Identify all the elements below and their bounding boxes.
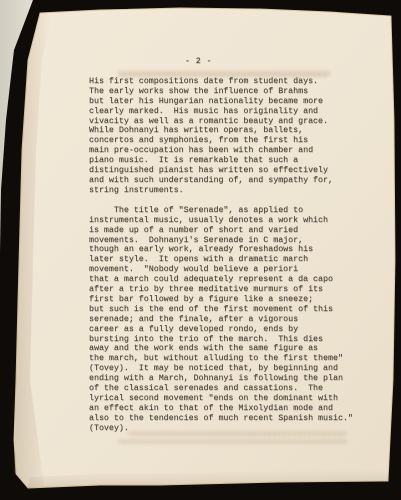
text-line: vivacity as well as a romantic beauty an… xyxy=(89,117,361,127)
text-line: The early works show the influence of Br… xyxy=(89,87,361,97)
text-line: but such is the end of the first movemen… xyxy=(89,305,361,315)
text-line: While Dohnanyi has written operas, balle… xyxy=(89,126,361,136)
text-line: later style. It opens with a dramatic ma… xyxy=(89,255,361,265)
text-line: movements. Dohnanyi's Serenade in C majo… xyxy=(89,236,361,246)
text-line: that a march could adequately represent … xyxy=(89,275,361,285)
text-line: also to the tendencies of much recent Sp… xyxy=(89,414,361,424)
text-line: the march, but without alluding to the f… xyxy=(89,354,361,364)
text-line: lyrical second movement "ends on the dom… xyxy=(89,394,361,404)
typed-text-block: - 2 - His first compositions date from s… xyxy=(89,57,361,434)
text-line: distinguished pianist has written so eff… xyxy=(89,166,361,176)
text-line: main pre-occupation has been with chambe… xyxy=(89,146,361,156)
text-line: string instruments. xyxy=(89,186,361,196)
text-line: His first compositions date from student… xyxy=(89,77,361,87)
page-number: - 2 - xyxy=(185,57,361,67)
text-line: instrumental music, usually denotes a wo… xyxy=(89,216,361,226)
photo-frame: - 2 - His first compositions date from s… xyxy=(0,0,401,500)
show-through-smudge xyxy=(118,439,348,444)
paragraph: His first compositions date from student… xyxy=(89,77,361,196)
text-line: (Tovey). xyxy=(89,424,361,434)
text-line: but later his Hungarian nationality beca… xyxy=(89,97,361,107)
text-line: away and the work ends with the same fig… xyxy=(89,344,361,354)
paragraph: The title of "Serenade", as applied toin… xyxy=(89,206,361,434)
text-line: first bar followed by a figure like a sn… xyxy=(89,295,361,305)
text-line: of the classical serenades and cassation… xyxy=(89,384,361,394)
text-line: serenade; and the finale, after a vigoro… xyxy=(89,315,361,325)
text-line: bursting into the trio of the march. Thi… xyxy=(89,335,361,345)
text-line: clearly marked. His music has originalit… xyxy=(89,107,361,117)
text-line: movement. "Nobody would believe a perior… xyxy=(89,265,361,275)
text-line: The title of "Serenade", as applied to xyxy=(89,206,361,216)
text-line: and with such understanding of, and symp… xyxy=(89,176,361,186)
text-line: concertos and symphonies, from the first… xyxy=(89,136,361,146)
text-line: ending with a March, Dohnanyi is followi… xyxy=(89,374,361,384)
text-line: (Tovey). It may be noticed that, by begi… xyxy=(89,364,361,374)
text-line: career as a fully developed rondo, ends … xyxy=(89,325,361,335)
text-line: piano music. It is remarkable that such … xyxy=(89,156,361,166)
text-line: an effect akin to that of the Mixolydian… xyxy=(89,404,361,414)
text-line: after a trio by three meditative murmurs… xyxy=(89,285,361,295)
text-line: though an early work, already foreshadow… xyxy=(89,245,361,255)
text-line: is made up of a number of short and vari… xyxy=(89,226,361,236)
